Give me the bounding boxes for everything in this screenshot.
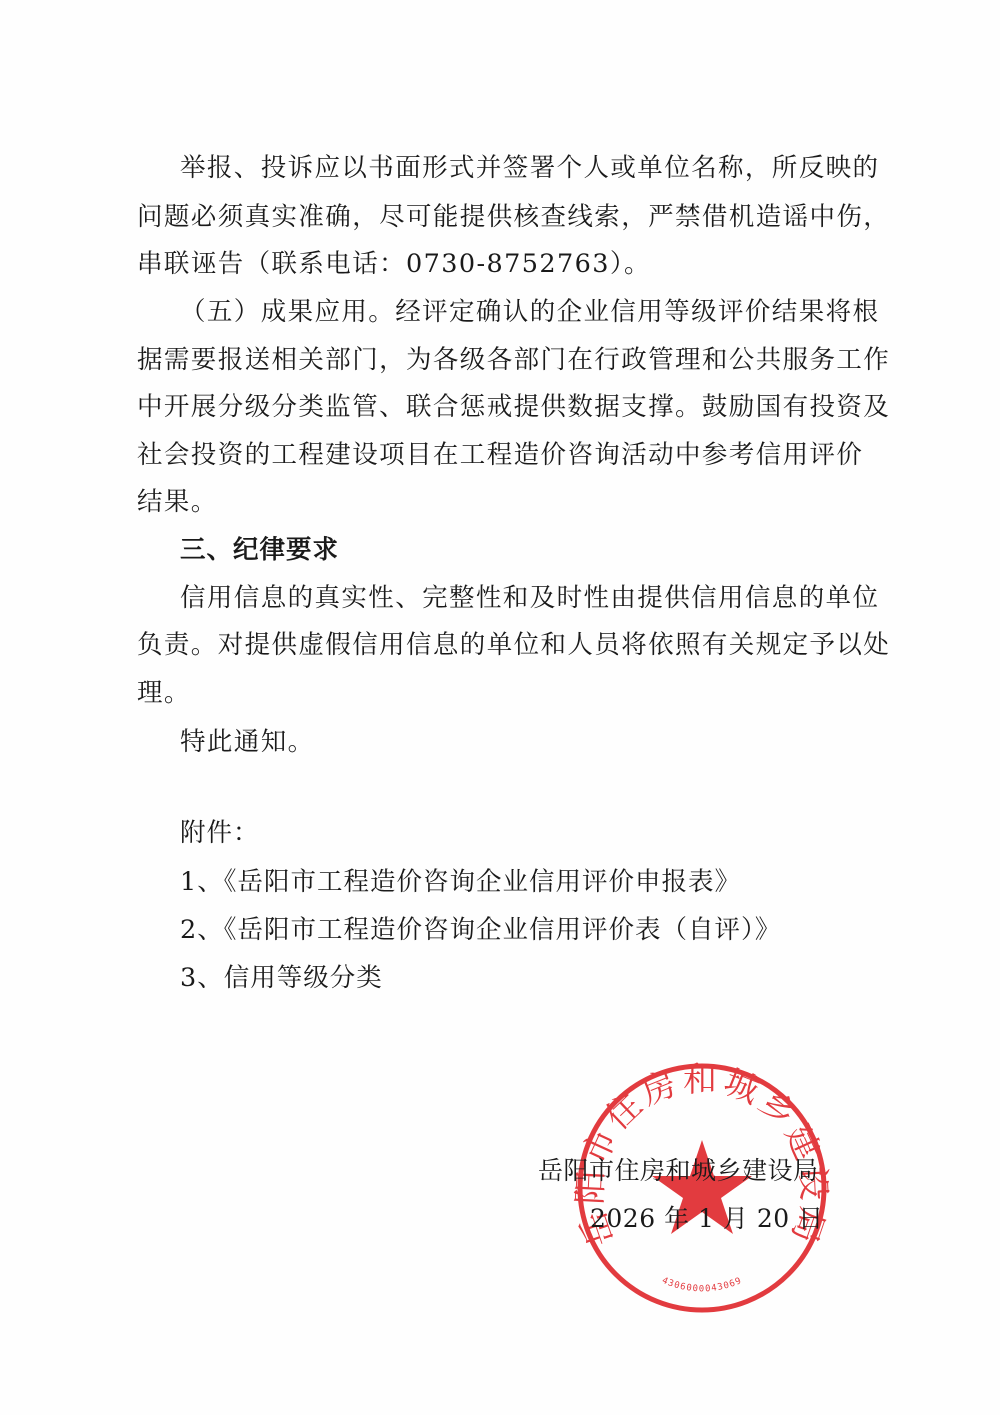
closing-text: 特此通知。 bbox=[180, 725, 863, 759]
attachment-item: 1、《岳阳市工程造价咨询企业信用评价申报表》 bbox=[180, 865, 906, 899]
attachments-label: 附件： bbox=[180, 816, 906, 850]
paragraph-line: 结果。 bbox=[137, 485, 863, 519]
paragraph-line: 负责。对提供虚假信用信息的单位和人员将依照有关规定予以处 bbox=[137, 628, 863, 662]
official-seal-stamp: 岳阳市住房和城乡建设局 4306000043069 bbox=[572, 1058, 832, 1318]
paragraph-line: 社会投资的工程建设项目在工程造价咨询活动中参考信用评价 bbox=[137, 438, 863, 472]
issue-date: 2026 年 1 月 20 日 bbox=[590, 1203, 824, 1235]
paragraph-line: 中开展分级分类监管、联合惩戒提供数据支撑。鼓励国有投资及 bbox=[137, 390, 863, 424]
seal-code: 4306000043069 bbox=[660, 1276, 743, 1294]
attachment-item: 2、《岳阳市工程造价咨询企业信用评价表（自评）》 bbox=[180, 913, 906, 947]
paragraph-line: （五）成果应用。经评定确认的企业信用等级评价结果将根 bbox=[180, 295, 863, 329]
paragraph-line: 举报、投诉应以书面形式并签署个人或单位名称，所反映的 bbox=[180, 151, 863, 185]
attachment-item: 3、信用等级分类 bbox=[180, 961, 906, 995]
issuer-name: 岳阳市住房和城乡建设局 bbox=[538, 1155, 819, 1187]
section-heading: 三、纪律要求 bbox=[180, 533, 863, 567]
svg-text:4306000043069: 4306000043069 bbox=[660, 1276, 743, 1294]
paragraph-line: 信用信息的真实性、完整性和及时性由提供信用信息的单位 bbox=[180, 581, 863, 615]
paragraph-line: 理。 bbox=[137, 676, 863, 710]
paragraph-line: 问题必须真实准确，尽可能提供核查线索，严禁借机造谣中伤， bbox=[137, 200, 863, 234]
document-page: 举报、投诉应以书面形式并签署个人或单位名称，所反映的 问题必须真实准确，尽可能提… bbox=[0, 0, 1000, 1415]
paragraph-line: 串联诬告（联系电话：0730-8752763）。 bbox=[137, 247, 863, 281]
paragraph-line: 据需要报送相关部门，为各级各部门在行政管理和公共服务工作 bbox=[137, 343, 863, 377]
